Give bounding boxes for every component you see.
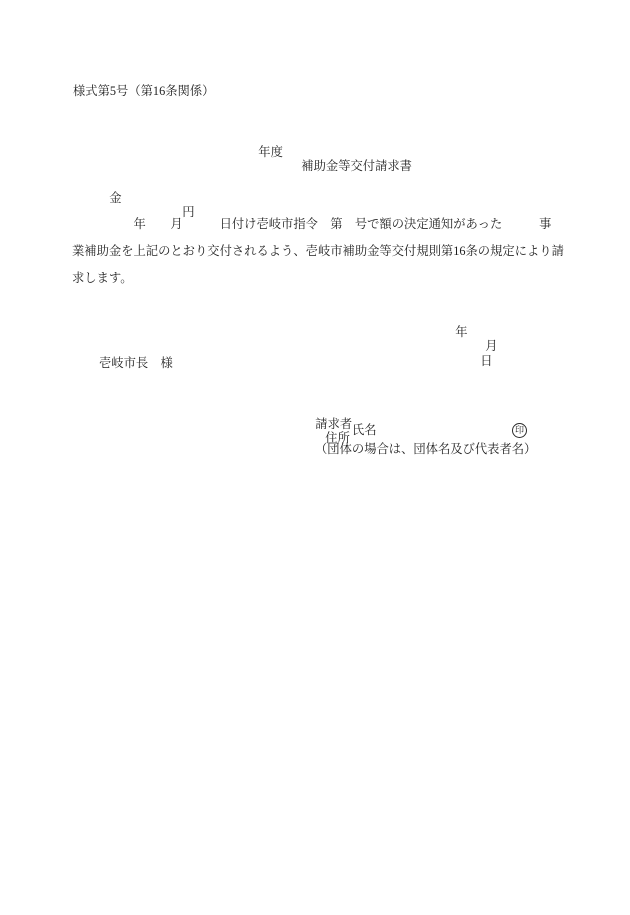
requester-label: 請求者 — [315, 417, 352, 431]
document-page: 様式第5号（第16条関係） 年度 補助金等交付請求書 金 円 年 月 日付け壱岐… — [0, 0, 630, 915]
addressee: 壱岐市長 様 — [99, 356, 173, 371]
seal-icon: 印 — [512, 423, 527, 438]
document-title: 補助金等交付請求書 — [301, 159, 412, 173]
body-line-3: 求します。 — [72, 265, 572, 292]
body-line-2: 業補助金を上記のとおり交付されるよう、壱岐市補助金等交付規則第16条の規定により… — [72, 238, 572, 265]
body-line-1: 年 月 日付け壱岐市指令 第 号で額の決定通知があった 事 — [72, 211, 572, 238]
form-number: 様式第5号（第16条関係） — [73, 84, 214, 99]
document-title-line: 年度 補助金等交付請求書 — [246, 130, 412, 188]
date-month-label: 月 — [485, 339, 497, 353]
name-label: 氏名 — [352, 423, 377, 438]
date-line: 年 月 日 — [443, 310, 498, 383]
body-paragraph: 年 月 日付け壱岐市指令 第 号で額の決定通知があった 事 業補助金を上記のとお… — [72, 211, 572, 292]
date-year-label: 年 — [455, 325, 467, 339]
corporate-note: （団体の場合は、団体名及び代表者名） — [315, 442, 536, 457]
amount-prefix: 金 — [109, 191, 121, 205]
fiscal-year-label: 年度 — [258, 145, 283, 159]
date-day-label: 日 — [480, 354, 492, 368]
